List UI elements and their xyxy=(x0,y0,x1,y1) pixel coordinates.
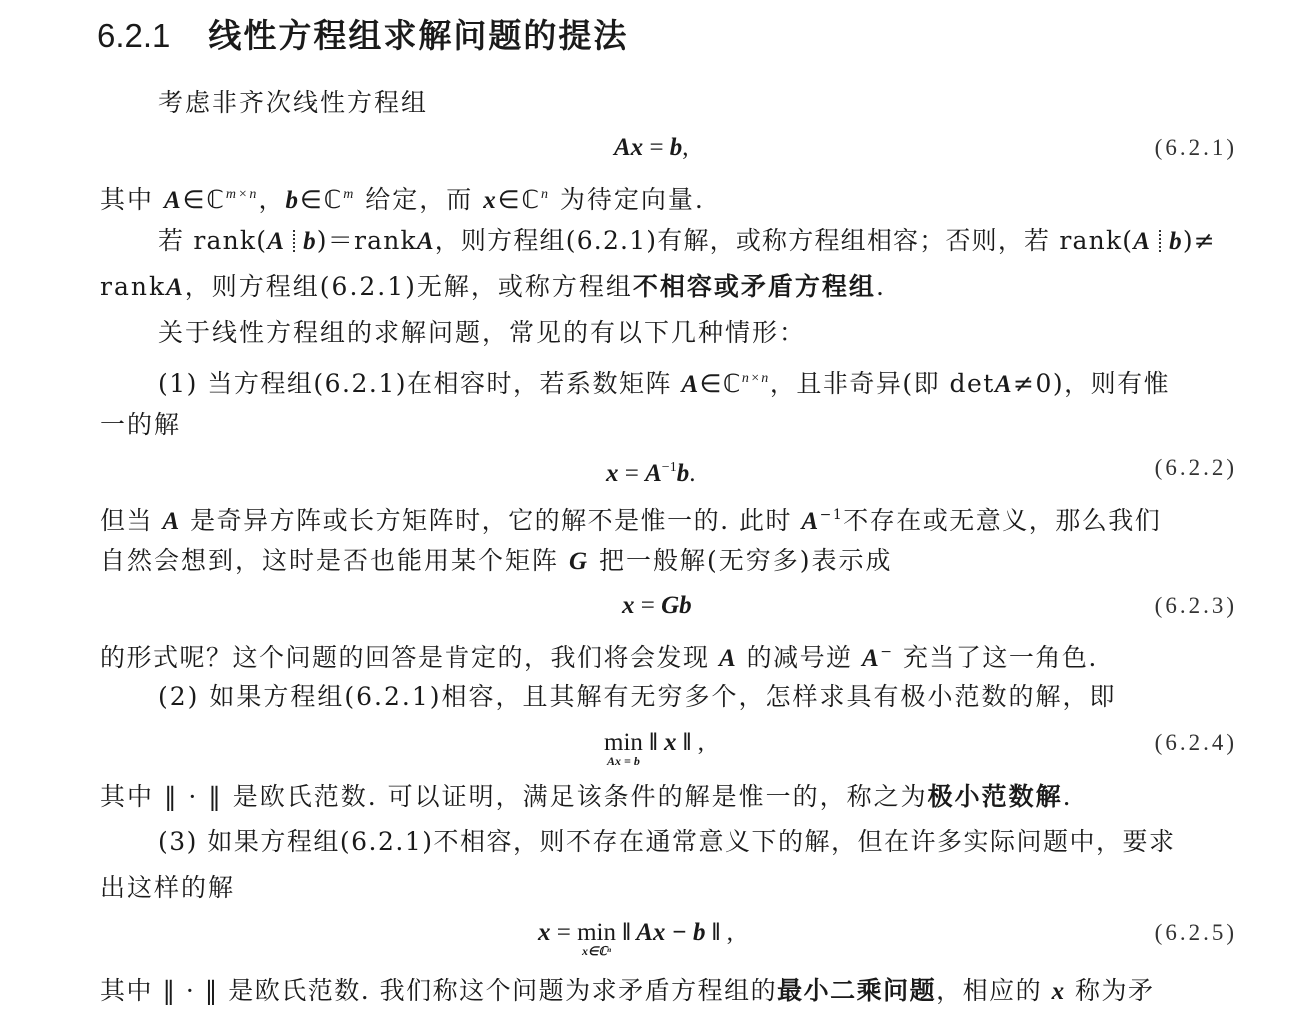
equation-body: Ax = b, xyxy=(614,133,689,163)
min-label: min xyxy=(577,919,616,946)
math-A: A xyxy=(801,508,819,535)
eq-op: = xyxy=(635,592,662,619)
math-sup: m×n xyxy=(226,187,259,202)
eq-punct: , xyxy=(720,919,733,946)
equation-body: x = Gb xyxy=(622,591,692,621)
paragraph-min-norm: 其中 ‖ · ‖ 是欧氏范数. 可以证明，满足该条件的解是惟一的，称之为极小范数… xyxy=(0,782,1315,812)
paragraph-case-1: (1) 当方程组(6.2.1)在相容时，若系数矩阵 A∈ℂn×n，且非奇异(即 … xyxy=(0,364,1315,400)
text: 自然会想到，这时是否也能用某个矩阵 xyxy=(100,546,569,575)
text: (3) 如果方程组(6.2.1)不相容，则不存在通常意义下的解，但在许多实际问题… xyxy=(158,827,1175,856)
math-x: x xyxy=(483,187,498,214)
eq-norm: ‖ Ax − b ‖ xyxy=(622,919,720,946)
math-A: A xyxy=(681,371,699,398)
text: 但当 xyxy=(100,506,162,535)
term-min-norm-solution: 极小范数解 xyxy=(928,782,1063,811)
eq-op: = xyxy=(619,460,646,487)
math-A: A xyxy=(166,274,185,301)
paragraph-least-squares: 其中 ‖ · ‖ 是欧氏范数. 我们称这个问题为求矛盾方程组的最小二乘问题，相应… xyxy=(0,976,1315,1007)
math-sup: −1 xyxy=(820,507,844,523)
paragraph-intro: 考虑非齐次线性方程组 xyxy=(0,88,1315,118)
eq-punct: , xyxy=(682,134,688,161)
term-least-squares: 最小二乘问题 xyxy=(777,976,936,1005)
text: 出这样的解 xyxy=(100,873,235,902)
min-operator: minAx = b xyxy=(604,728,643,758)
paragraph-general-solution: 自然会想到，这时是否也能用某个矩阵 G 把一般解(无穷多)表示成 xyxy=(0,546,1315,577)
math-A: A xyxy=(164,187,183,214)
text: 一的解 xyxy=(100,410,181,439)
eq-lhs: x xyxy=(622,592,635,619)
text: (1) 当方程组(6.2.1)在相容时，若系数矩阵 xyxy=(158,369,681,398)
math-G: G xyxy=(569,548,589,575)
section-number: 6.2.1 xyxy=(97,17,170,54)
eq-lhs: Ax xyxy=(614,134,643,161)
paragraph-unique-solution: 一的解 xyxy=(0,410,1315,440)
text: 不存在或无意义，那么我们 xyxy=(843,506,1161,535)
text: 充当了这一角色. xyxy=(893,643,1097,672)
equation-6-2-5: x = minx∈ℂⁿ ‖ Ax − b ‖ , (6.2.5) xyxy=(0,918,1315,958)
math-x: x xyxy=(1052,978,1066,1005)
math-b: b xyxy=(285,187,300,214)
equation-tag: (6.2.1) xyxy=(1155,133,1237,163)
text: 其中 ‖ · ‖ 是欧氏范数. 我们称这个问题为求矛盾方程组的 xyxy=(100,976,777,1005)
text: 称为矛 xyxy=(1066,976,1155,1005)
eq-lhs: x xyxy=(606,460,619,487)
term-inconsistent-system: 不相容或矛盾方程组 xyxy=(633,272,876,301)
text: ，则方程组(6.2.1)无解，或称方程组 xyxy=(185,272,633,301)
math-sup: m xyxy=(343,187,355,202)
text: 考虑非齐次线性方程组 xyxy=(158,88,428,117)
equation-6-2-4: minAx = b ‖ x ‖ , (6.2.4) xyxy=(0,728,1315,768)
eq-rhs: Gb xyxy=(661,592,692,619)
math-set: ∈ℂ xyxy=(700,371,742,398)
eq-punct: . xyxy=(689,460,695,487)
equation-6-2-1: Ax = b, (6.2.1) xyxy=(0,133,1315,173)
text: 关于线性方程组的求解问题，常见的有以下几种情形： xyxy=(158,318,806,347)
augment-bar xyxy=(293,230,295,252)
text: )≠ xyxy=(1183,226,1216,255)
text: ，则方程组(6.2.1)有解，或称方程组相容；否则，若 rank( xyxy=(435,226,1134,255)
math-A: A xyxy=(995,371,1013,398)
equation-tag: (6.2.3) xyxy=(1155,591,1237,621)
math-sup: n xyxy=(541,187,550,202)
math-sup: n×n xyxy=(742,371,770,386)
equation-6-2-3: x = Gb (6.2.3) xyxy=(0,591,1315,631)
eq-norm: ‖ x ‖ xyxy=(649,729,691,756)
eq-lhs: x xyxy=(538,919,551,946)
math-A: A xyxy=(417,228,435,255)
text: 若 rank( xyxy=(158,226,267,255)
text: 的减号逆 xyxy=(737,643,862,672)
text: 为待定向量. xyxy=(550,185,705,214)
paragraph-inconsistent: rankA，则方程组(6.2.1)无解，或称方程组不相容或矛盾方程组. xyxy=(0,272,1315,303)
math-set: ∈ℂ xyxy=(300,187,343,214)
text: 其中 ‖ · ‖ 是欧氏范数. 可以证明，满足该条件的解是惟一的，称之为 xyxy=(100,782,928,811)
equation-body: x = minx∈ℂⁿ ‖ Ax − b ‖ , xyxy=(538,918,733,948)
eq-sup: −1 xyxy=(662,460,677,475)
paragraph-rank-condition: 若 rank(Ab)＝rankA，则方程组(6.2.1)有解，或称方程组相容；否… xyxy=(0,226,1315,257)
text: ，相应的 xyxy=(936,976,1051,1005)
equation-body: minAx = b ‖ x ‖ , xyxy=(604,728,704,758)
eq-op: = xyxy=(643,134,670,161)
math-A: A xyxy=(162,508,180,535)
text: 把一般解(无穷多)表示成 xyxy=(589,546,892,575)
equation-tag: (6.2.5) xyxy=(1155,918,1237,948)
eq-rhs: b xyxy=(677,460,690,487)
text: 是奇异方阵或长方矩阵时，它的解不是惟一的. 此时 xyxy=(181,506,802,535)
equation-body: x = A−1b. xyxy=(606,453,695,489)
math-sup: − xyxy=(880,644,893,660)
equation-6-2-2: x = A−1b. (6.2.2) xyxy=(0,453,1315,493)
paragraph-minus-inverse: 的形式呢？这个问题的回答是肯定的，我们将会发现 A 的减号逆 A− 充当了这一角… xyxy=(0,637,1315,674)
text: . xyxy=(876,272,886,301)
math-b: b xyxy=(1169,228,1183,255)
min-constraint: Ax = b xyxy=(604,754,643,768)
math-A: A xyxy=(719,645,737,672)
eq-op: = xyxy=(551,919,578,946)
augment-bar xyxy=(1159,230,1161,252)
equation-tag: (6.2.2) xyxy=(1155,453,1237,483)
math-set: ∈ℂ xyxy=(498,187,541,214)
eq-punct: , xyxy=(691,729,704,756)
math-set: ∈ℂ xyxy=(183,187,226,214)
text: (2) 如果方程组(6.2.1)相容，且其解有无穷多个，怎样求具有极小范数的解，… xyxy=(158,682,1116,711)
paragraph-case-3: (3) 如果方程组(6.2.1)不相容，则不存在通常意义下的解，但在许多实际问题… xyxy=(0,827,1315,857)
text: 其中 xyxy=(100,185,164,214)
min-operator: minx∈ℂⁿ xyxy=(577,918,616,948)
text: )＝rank xyxy=(317,226,417,255)
eq-rhs: A xyxy=(645,460,662,487)
text: 给定，而 xyxy=(355,185,483,214)
text: rank xyxy=(100,272,166,301)
paragraph-cases-intro: 关于线性方程组的求解问题，常见的有以下几种情形： xyxy=(0,318,1315,348)
math-A: A xyxy=(1133,228,1151,255)
text: . xyxy=(1063,782,1073,811)
text: ， xyxy=(258,185,285,214)
text: ，且非奇异(即 det xyxy=(770,369,995,398)
paragraph-such-solution: 出这样的解 xyxy=(0,873,1315,903)
math-A: A xyxy=(267,228,285,255)
section-title: 线性方程组求解问题的提法 xyxy=(208,16,628,55)
paragraph-singular-case: 但当 A 是奇异方阵或长方矩阵时，它的解不是惟一的. 此时 A−1不存在或无意义… xyxy=(0,500,1315,537)
paragraph-case-2: (2) 如果方程组(6.2.1)相容，且其解有无穷多个，怎样求具有极小范数的解，… xyxy=(0,682,1315,712)
min-constraint: x∈ℂⁿ xyxy=(577,944,616,958)
equation-tag: (6.2.4) xyxy=(1155,728,1237,758)
math-A: A xyxy=(862,645,880,672)
section-heading: 6.2.1线性方程组求解问题的提法 xyxy=(97,14,628,58)
min-label: min xyxy=(604,729,643,756)
text: ≠0)，则有惟 xyxy=(1013,369,1170,398)
paragraph-definitions: 其中 A∈ℂm×n，b∈ℂm 给定，而 x∈ℂn 为待定向量. xyxy=(0,180,1315,216)
eq-rhs: b xyxy=(670,134,683,161)
text: 的形式呢？这个问题的回答是肯定的，我们将会发现 xyxy=(100,643,719,672)
math-b: b xyxy=(303,228,317,255)
